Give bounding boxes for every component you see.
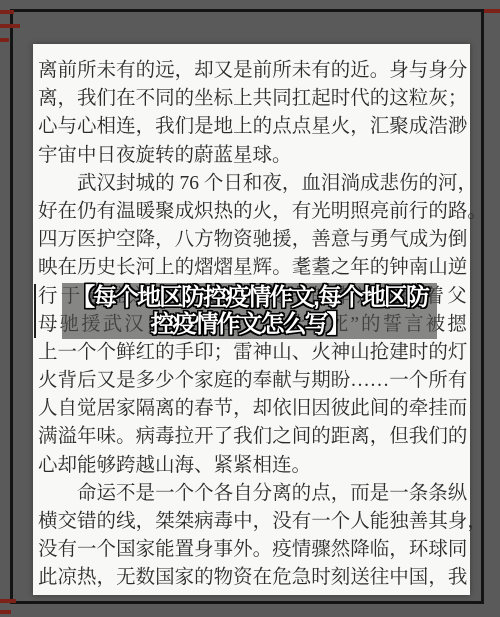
corner-mark	[484, 9, 500, 13]
text-line: 横交错的线，桀桀病毒中，没有一个人能独善其身，	[38, 508, 467, 536]
text-line: 心却能够跨越山海、紧紧相连。	[38, 452, 467, 480]
text-line: 上一个个鲜红的手印；雷神山、火神山抢建时的灯	[38, 339, 467, 367]
text-line: 映在历史长河上的熠熠星辉。耄耋之年的钟南山逆	[38, 254, 467, 282]
text-line: 人自觉居家隔离的春节，却依旧因彼此间的牵挂而	[38, 395, 467, 423]
text-line: 满溢年味。病毒拉开了我们之间的距离，但我们的	[38, 423, 467, 451]
text-line: 没有一个国家能置身事外。疫情骤然降临，环球同	[38, 536, 467, 564]
text-line: 命运不是一个个各自分离的点，而是一条条纵	[38, 480, 467, 508]
text-line: 此凉热，无数国家的物资在危急时刻送往中国，我	[38, 564, 467, 592]
watermark-title-line2: 控疫情作文怎么写】	[151, 311, 349, 338]
scan-artifact-line	[34, 284, 36, 338]
text-line: 四万医护空降，八方物资驰援，善意与勇气成为倒	[38, 226, 467, 254]
text-line: 离，我们在不同的坐标上共同扛起时代的这粒灰；	[38, 85, 467, 113]
text-line: 火背后又是多少个家庭的奉献与期盼……一个所有	[38, 367, 467, 395]
watermark-title: 【每个地区防控疫情作文,每个地区防 控疫情作文怎么写】	[62, 283, 437, 339]
text-line: 宇宙中日夜旋转的蔚蓝星球。	[38, 142, 467, 170]
text-line: 好在仍有温暖聚成炽热的火，有光明照亮前行的路。	[38, 198, 467, 226]
viewer-frame: 离前所未有的远，却又是前所未有的近。身与身分离，我们在不同的坐标上共同扛起时代的…	[0, 0, 500, 617]
corner-mark	[0, 24, 20, 28]
corner-mark	[0, 10, 14, 14]
text-line: 武汉封城的 76 个日和夜，血泪淌成悲伤的河，	[38, 170, 467, 198]
watermark-title-line1: 【每个地区防控疫情作文,每个地区防	[71, 284, 428, 311]
corner-mark	[0, 599, 16, 603]
text-line: 心与心相连，我们是地上的点点星火，汇聚成浩渺	[38, 113, 467, 141]
corner-mark	[0, 610, 11, 614]
corner-mark	[0, 38, 9, 42]
scanned-page: 离前所未有的远，却又是前所未有的近。身与身分离，我们在不同的坐标上共同扛起时代的…	[33, 44, 470, 595]
text-line: 离前所未有的远，却又是前所未有的近。身与身分	[38, 57, 467, 85]
